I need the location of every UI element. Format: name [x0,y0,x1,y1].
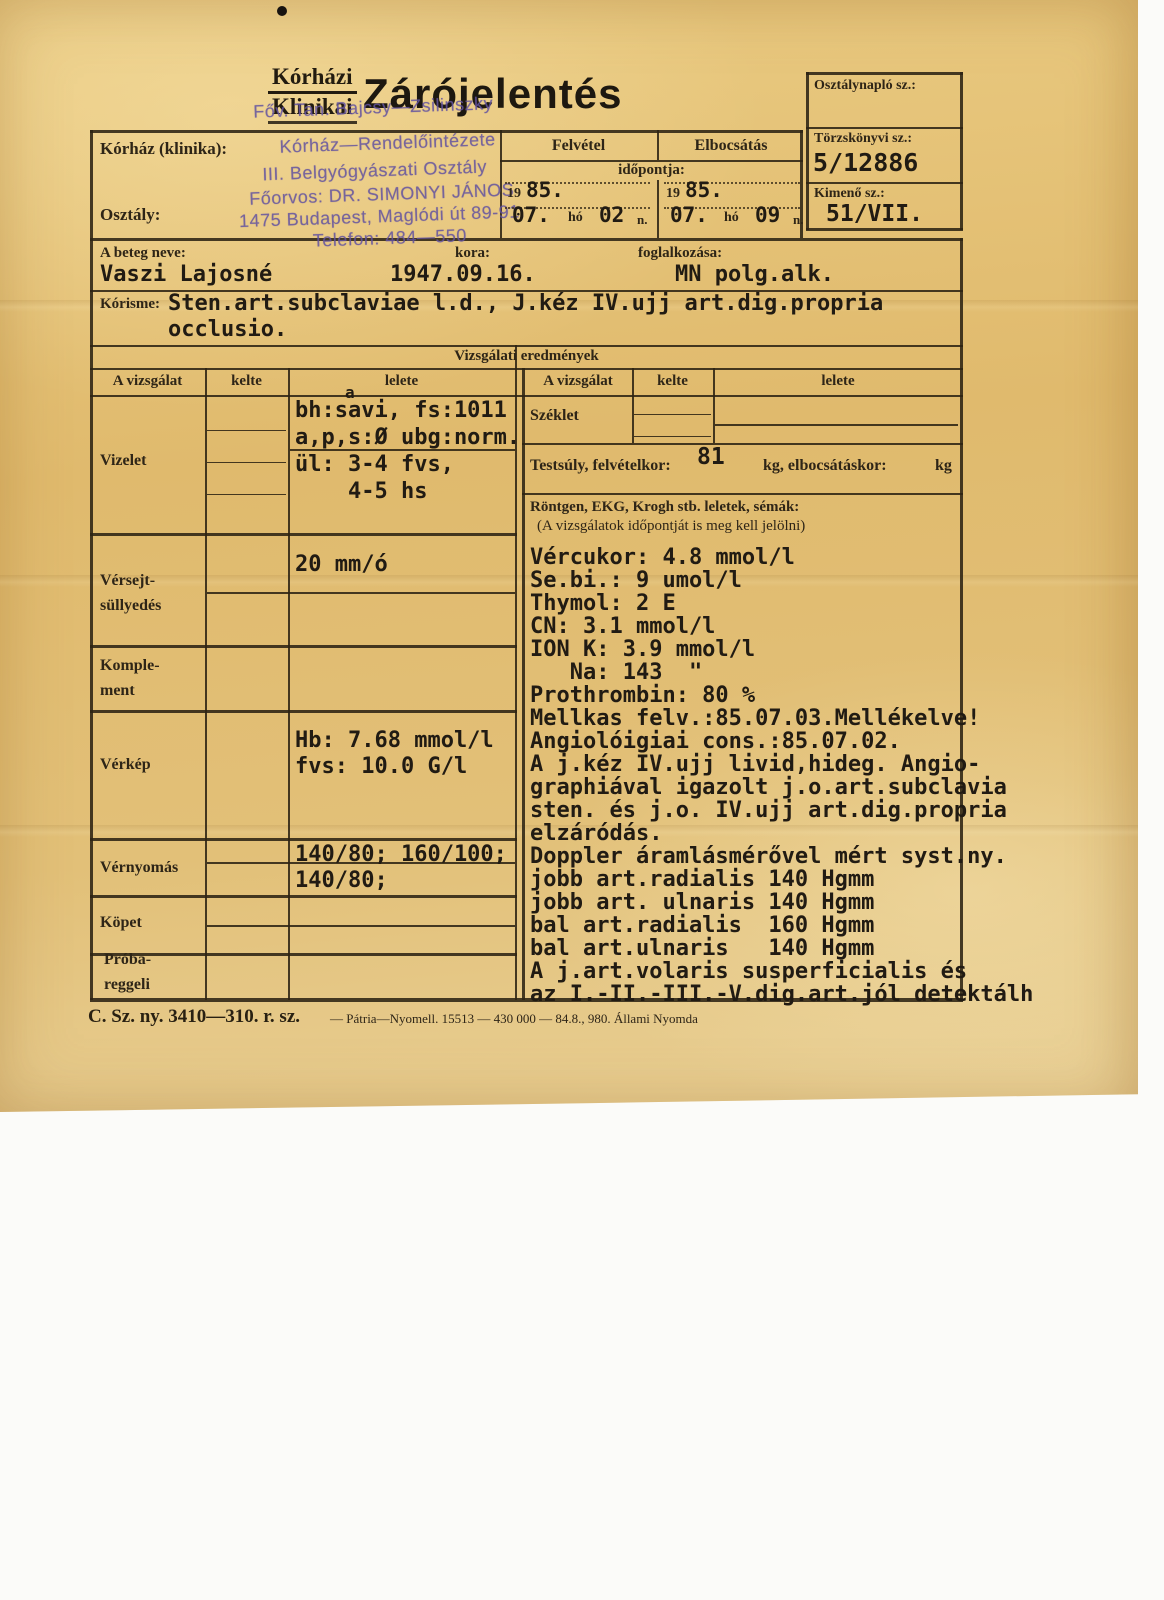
rule-line [90,838,517,841]
elbocsatas-ho-label: hó [724,210,739,226]
elbocsatas-ev-prefix: 19 [666,186,680,202]
elbocsatas-nap-label: n. [793,212,803,228]
testsuly-mid-label: kg, elbocsátáskor: [763,457,887,475]
results-section-title: Vizsgálati eredmények [90,348,963,365]
kimeno-label: Kimenő sz.: [814,186,885,202]
row-value-verkep: Hb: 7.68 mmol/l fvs: 10.0 G/l [295,728,494,780]
rule-line [522,443,963,445]
rule-line [960,72,963,230]
diagnosis-label: Kórisme: [100,296,160,313]
rule-line [522,493,963,495]
form-type-top: Kórházi [268,64,357,94]
stamp-line: Kórház—Rendelőintézete [279,129,496,158]
row-label-vizelet: Vizelet [100,448,146,473]
rule-line [90,710,517,713]
rule-line [634,414,711,415]
testsuly-label: Testsúly, felvételkor: [530,457,671,475]
row-label-szeklet: Széklet [530,407,579,425]
scanned-form-sheet: Kórházi Klinikai Zárójelentés Főv. Tan. … [0,0,1138,1112]
felvetel-ev-prefix: 19 [507,186,521,202]
stamp-line: Telefon: 484—550 [312,225,467,251]
felvetel-ev-value: 85. [526,178,564,202]
left-col-kelte: kelte [205,373,288,390]
rontgen-header-line1: Röntgen, EKG, Krogh stb. leletek, sémák: [530,499,799,516]
idopontja-label: időpontja: [500,162,803,179]
row-value-versejt: 20 mm/ó [295,552,388,577]
felvetel-ho-label: hó [568,210,583,226]
row-label-verkep: Vérkép [100,752,151,777]
felvetel-nap-value: 02 [599,203,624,227]
rule-line [90,368,963,370]
patient-name-value: Vaszi Lajosné [100,262,272,287]
typed-report-block: Vércukor: 4.8 mmol/l Se.bi.: 9 umol/l Th… [530,546,1033,1006]
rule-line [207,462,286,463]
rule-line [806,72,809,230]
rule-line [806,127,963,129]
rule-line [90,395,963,397]
torzskonyvi-value: 5/12886 [813,148,918,177]
rule-line [806,182,963,184]
patient-age-value: 1947.09.16. [390,262,536,287]
torzskonyvi-label: Törzskönyvi sz.: [814,131,912,147]
elbocsatas-ho-value: 07. [670,203,708,227]
rule-line [207,430,286,431]
rule-line [90,895,517,898]
felvetel-label: Felvétel [500,137,657,155]
kimeno-value: 51/VII. [826,201,923,227]
korhaz-label: Kórház (klinika): [100,139,227,159]
footer-print-info: — Pátria—Nyomell. 15513 — 430 000 — 84.8… [330,1011,698,1027]
osztalynaplo-label: Osztálynapló sz.: [814,78,916,94]
rule-line [90,533,517,536]
row-label-versejt: Vérsejt- süllyedés [100,568,161,618]
rule-line [90,645,517,648]
rule-line [90,345,963,347]
patient-name-label: A beteg neve: [100,245,186,262]
rule-line [634,436,711,437]
elbocsatas-label: Elbocsátás [659,137,803,155]
rontgen-header-line2: (A vizsgálatok időpontját is meg kell je… [537,518,805,535]
rule-line [715,424,958,426]
rule-line [522,368,525,1000]
rule-line [657,180,659,238]
rule-line [806,228,963,231]
rule-line [207,925,515,927]
right-col-kelte: kelte [632,373,713,390]
elbocsatas-nap-value: 09 [755,203,780,227]
felvetel-nap-label: n. [637,212,647,228]
patient-occupation-label: foglalkozása: [638,245,722,262]
rule-line [207,592,515,594]
patient-age-label: kora: [455,245,490,262]
right-col-vizsgalat: A vizsgálat [524,373,632,390]
row-label-kopet: Köpet [100,910,142,935]
row-value-vernyomas: 140/80; 160/100; 140/80; [295,842,507,894]
left-col-lelete: lelete [288,373,515,390]
felvetel-ho-value: 07. [512,203,550,227]
testsuly-end-label: kg [935,457,952,475]
footer-print-code: C. Sz. ny. 3410—310. r. sz. [88,1006,300,1028]
rule-line [806,72,963,75]
rule-line [90,238,963,241]
row-label-komplement: Komple- ment [100,653,160,703]
row-value-vizelet: bh:savi, fs:1011 a,p,s:Ø ubg:norm. ül: 3… [295,397,520,505]
rule-line [90,953,517,956]
elbocsatas-ev-value: 85. [685,178,723,202]
rule-line [207,494,286,495]
row-label-vernyomas: Vérnyomás [100,855,178,880]
row-label-proba: Próba- reggeli [104,947,151,997]
patient-occupation-value: MN polg.alk. [675,262,834,287]
diagnosis-value: Sten.art.subclaviae l.d., J.kéz IV.ujj a… [168,291,883,343]
right-col-lelete: lelete [713,373,963,390]
rule-line [288,368,290,1000]
rule-line [90,130,93,1000]
testsuly-value: 81 [697,444,725,470]
ink-dot [277,6,287,16]
osztaly-label: Osztály: [100,205,160,225]
left-col-vizsgalat: A vizsgálat [90,373,205,390]
